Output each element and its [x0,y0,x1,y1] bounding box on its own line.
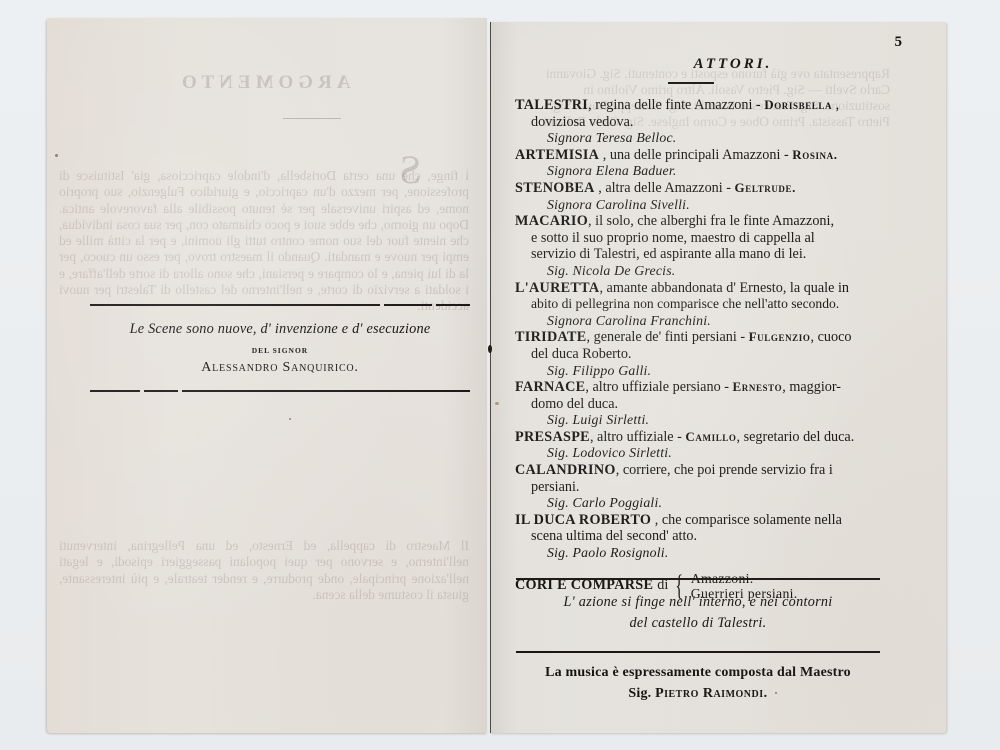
show-through-title: ARGOMENTO [177,72,350,94]
top-rule [90,304,470,306]
del-signor-label: del signor [90,346,470,355]
role-description: doviziosa vedova. [515,114,907,131]
paper-speck [775,692,777,694]
role-description: , generale de' finti persiani - [587,329,749,345]
role-name: ARTEMISIA [515,147,599,163]
cast-entry: TALESTRI, regina delle finte Amazzoni - … [515,97,907,147]
divider-rule [516,651,880,653]
cast-entry: STENOBEA , altra delle Amazzoni - Geltru… [515,180,907,213]
role-name: IL DUCA ROBERTO [515,512,651,528]
paper-speck [289,418,291,420]
binding-thread-knot [488,345,492,353]
singer-name: Sig. Lodovico Sirletti. [515,445,907,462]
singer-name: Signora Teresa Belloc. [515,130,907,147]
role-description: persiani. [515,479,907,496]
cast-entry: PRESASPE, altro uffiziale - Camillo, seg… [515,429,907,462]
role-description: , cuoco [810,329,851,345]
binding-gutter [490,22,491,733]
designer-name: Alessandro Sanquirico. [90,360,470,376]
singer-name: Signora Carolina Franchini. [515,313,907,330]
cast-entry: L'AURETTA, amante abbandonata d' Ernesto… [515,280,907,330]
role-name: STENOBEA [515,180,595,196]
composer-line: Sig. Pietro Raimondi. [516,683,880,704]
role-description: , regina delle finte Amazzoni - [588,97,764,113]
composer-prefix: Sig. [628,686,655,701]
role-alias: Ernesto [732,379,782,394]
role-name: CALANDRINO [515,462,616,478]
cast-entry: FARNACE, altro uffiziale persiano - Erne… [515,379,907,429]
bottom-rule [90,390,470,392]
show-through-body: i finge, che una certa Dorisbella, d'ind… [59,168,469,315]
cast-entry: MACARIO, il solo, che alberghi fra le fi… [515,213,907,279]
role-alias: Rosina. [792,147,837,162]
singer-name: Sig. Luigi Sirletti. [515,412,907,429]
role-description: , segretario del duca. [737,429,855,445]
role-description: servizio di Talestri, ed aspirante alla … [515,246,907,263]
paper-speck [495,402,499,405]
music-credit: La musica è espressamente composta dal M… [516,662,880,704]
scan-background: ARGOMENTO S i finge, che una certa Doris… [0,0,1000,750]
show-through-rule [283,118,341,119]
role-alias: Dorisbella [764,97,832,112]
role-description: , il solo, che alberghi fra le finte Ama… [588,213,834,229]
role-name: FARNACE [515,379,585,395]
role-description: , una delle principali Amazzoni - [599,147,792,163]
cast-entry: ARTEMISIA , una delle principali Amazzon… [515,147,907,180]
setting-note: L' azione si finge nell' interno, e nei … [516,592,880,634]
singer-name: Signora Carolina Sivelli. [515,197,907,214]
cast-entry: TIRIDATE, generale de' finti persiani - … [515,329,907,379]
role-name: PRESASPE [515,429,590,445]
role-description: e sotto il suo proprio nome, maestro di … [515,230,907,247]
show-through-body-lower: Il Maestro di cappella, ed Ernesto, ed u… [59,538,469,603]
left-page: ARGOMENTO S i finge, che una certa Doris… [47,18,487,733]
paper-speck [55,154,58,157]
singer-name: Sig. Paolo Rosignoli. [515,545,907,562]
singer-name: Sig. Filippo Galli. [515,363,907,380]
role-description: scena ultima del second' atto. [515,528,907,545]
role-alias: Camillo [685,429,736,444]
cast-list: TALESTRI, regina delle finte Amazzoni - … [515,97,907,601]
role-description: , maggior- [782,379,841,395]
singer-name: Sig. Nicola De Grecis. [515,263,907,280]
show-through-initial: S [399,146,421,193]
role-name: TALESTRI [515,97,588,113]
right-page: Rappresentata ove già furono esposti e c… [490,22,946,733]
role-name: L'AURETTA [515,280,599,296]
role-alias: Fulgenzio [749,329,811,344]
role-description: domo del duca. [515,396,907,413]
cast-entry: CALANDRINO, corriere, che poi prende ser… [515,462,907,512]
singer-name: Signora Elena Baduer. [515,163,907,180]
role-description: , altra delle Amazzoni - [595,180,735,196]
punctuation: , [832,97,839,113]
setting-line: del castello di Talestri. [516,613,880,634]
role-description: , corriere, che poi prende servizio fra … [616,462,833,478]
role-description: , altro uffiziale - [590,429,685,445]
role-description: del duca Roberto. [515,346,907,363]
role-description: , che comparisce solamente nella [651,512,842,528]
scenery-credit-line: Le Scene sono nuove, d' invenzione e d' … [90,321,470,338]
role-name: TIRIDATE [515,329,587,345]
setting-line: L' azione si finge nell' interno, e nei … [516,592,880,613]
role-name: MACARIO [515,213,588,229]
title-rule [668,82,714,84]
role-description: , altro uffiziale persiano - [585,379,732,395]
cast-title: ATTORI. [490,56,946,73]
role-alias: Geltrude. [735,180,796,195]
singer-name: Sig. Carlo Poggiali. [515,495,907,512]
page-number: 5 [895,34,903,51]
scenery-credit: Le Scene sono nuove, d' invenzione e d' … [90,304,470,392]
composer-name: Pietro Raimondi. [655,686,768,701]
role-description: , amante abbandonata d' Ernesto, la qual… [599,280,849,296]
cast-entry: IL DUCA ROBERTO , che comparisce solamen… [515,512,907,562]
divider-rule [516,578,880,580]
music-line: La musica è espressamente composta dal M… [516,662,880,683]
role-description: abito di pellegrina non comparisce che n… [515,296,907,313]
